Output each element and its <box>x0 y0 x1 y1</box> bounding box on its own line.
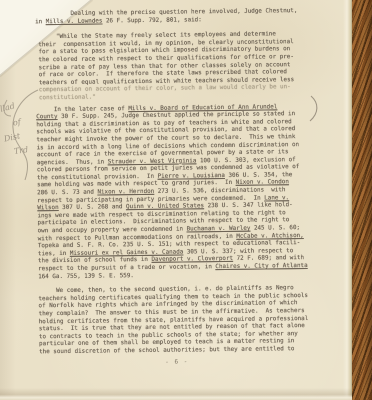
pencil-parenthesis-mark <box>308 94 324 126</box>
para-3: We come, then, to the second question, i… <box>38 285 354 357</box>
typed-blocks: Dealing with the precise question here i… <box>35 7 354 356</box>
para-2: In the later case of Mills v. Board of E… <box>36 103 353 281</box>
page-number: - 6 - <box>165 358 188 365</box>
top-edge-partial-page-number: - 6 - <box>166 0 189 1</box>
wood-edge-shading <box>364 0 372 400</box>
paper-bottom-edge <box>0 388 352 400</box>
document-photo: - 6 - Dealing with the precise question … <box>0 0 372 400</box>
quote-block: "While the State may freely select its e… <box>38 31 351 103</box>
para-1: Dealing with the precise question here i… <box>35 7 350 26</box>
typewritten-text: - 6 - Dealing with the precise question … <box>0 0 355 400</box>
pencil-marginalia-fragment: of <box>12 118 21 127</box>
